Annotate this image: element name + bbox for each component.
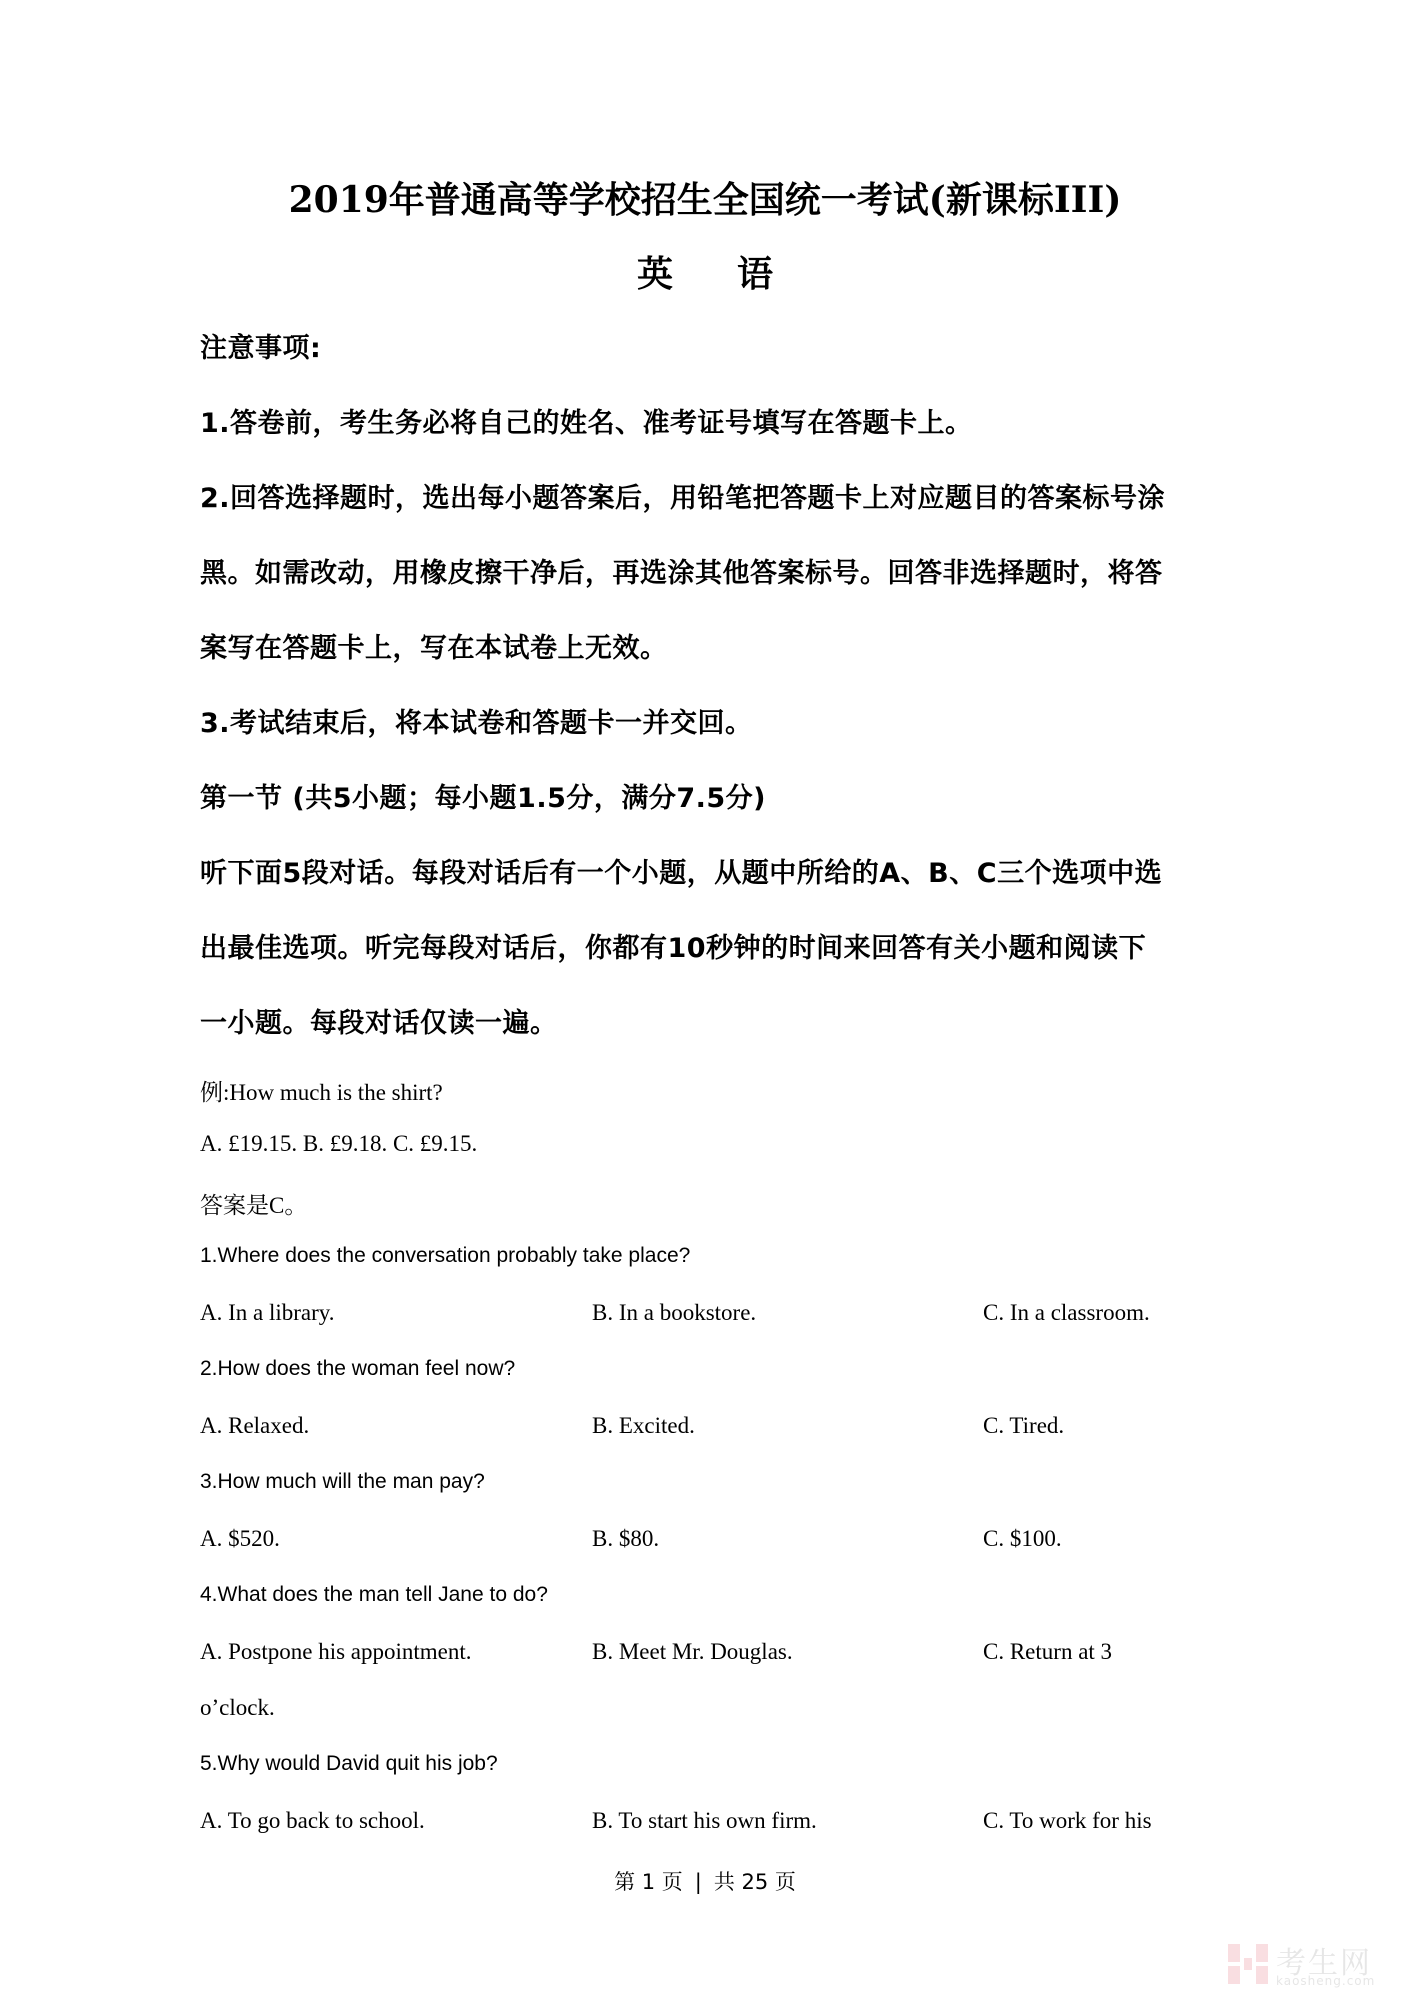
question-5-option-b: B. To start his own firm. <box>592 1808 817 1834</box>
watermark-domain: kaosheng.com <box>1276 1974 1375 1988</box>
page-number: 第 1 页 <box>614 1870 683 1894</box>
subject-char-1: 英 <box>637 246 673 297</box>
question-4-option-b: B. Meet Mr. Douglas. <box>592 1639 793 1665</box>
exam-title: 2019年普通高等学校招生全国统一考试(新课标III) <box>0 172 1410 223</box>
question-4-option-a: A. Postpone his appointment. <box>200 1639 472 1665</box>
notice-line-1: 1.答卷前，考生务必将自己的姓名、准考证号填写在答题卡上。 <box>200 401 973 440</box>
question-2: 2.How does the woman feel now? <box>200 1357 515 1381</box>
section-instruction-3: 一小题。每段对话仅读一遍。 <box>200 1001 558 1040</box>
question-4-option-c-continuation: o’clock. <box>200 1695 275 1721</box>
subject-title: 英语 <box>0 246 1410 297</box>
question-2-option-b: B. Excited. <box>592 1413 695 1439</box>
question-1-option-b: B. In a bookstore. <box>592 1300 756 1326</box>
question-3-option-a: A. $520. <box>200 1526 280 1552</box>
section-instruction-2: 出最佳选项。听完每段对话后，你都有10秒钟的时间来回答有关小题和阅读下 <box>200 926 1146 965</box>
question-4-option-c: C. Return at 3 <box>983 1639 1112 1665</box>
question-5-option-c: C. To work for his <box>983 1808 1152 1834</box>
question-1-option-c: C. In a classroom. <box>983 1300 1150 1326</box>
question-1: 1.Where does the conversation probably t… <box>200 1244 690 1268</box>
example-answer: 答案是C。 <box>200 1187 307 1220</box>
page-total: 共 25 页 <box>714 1870 796 1894</box>
example-options: A. £19.15. B. £9.18. C. £9.15. <box>200 1131 477 1157</box>
question-3-option-c: C. $100. <box>983 1526 1062 1552</box>
subject-char-2: 语 <box>737 246 773 297</box>
question-5: 5.Why would David quit his job? <box>200 1752 498 1776</box>
example-question: 例:How much is the shirt? <box>200 1074 443 1107</box>
question-4: 4.What does the man tell Jane to do? <box>200 1583 548 1607</box>
notice-line-2: 2.回答选择题时，选出每小题答案后，用铅笔把答题卡上对应题目的答案标号涂 <box>200 476 1165 515</box>
question-2-option-a: A. Relaxed. <box>200 1413 309 1439</box>
notice-heading: 注意事项: <box>200 326 321 365</box>
question-5-option-a: A. To go back to school. <box>200 1808 425 1834</box>
page-footer: 第 1 页|共 25 页 <box>0 1866 1410 1896</box>
section-instruction-1: 听下面5段对话。每段对话后有一个小题，从题中所给的A、B、C三个选项中选 <box>200 851 1162 890</box>
notice-line-4: 案写在答题卡上，写在本试卷上无效。 <box>200 626 668 665</box>
watermark: 考生网 kaosheng.com <box>1228 1934 1408 1994</box>
question-2-option-c: C. Tired. <box>983 1413 1064 1439</box>
footer-separator: | <box>695 1870 702 1894</box>
notice-line-3: 黑。如需改动，用橡皮擦干净后，再选涂其他答案标号。回答非选择题时，将答 <box>200 551 1163 590</box>
notice-line-5: 3.考试结束后，将本试卷和答题卡一并交回。 <box>200 701 753 740</box>
kaosheng-logo-icon <box>1228 1944 1268 1984</box>
section-heading: 第一节 (共5小题；每小题1.5分，满分7.5分) <box>200 776 766 815</box>
question-1-option-a: A. In a library. <box>200 1300 335 1326</box>
question-3: 3.How much will the man pay? <box>200 1470 485 1494</box>
question-3-option-b: B. $80. <box>592 1526 659 1552</box>
